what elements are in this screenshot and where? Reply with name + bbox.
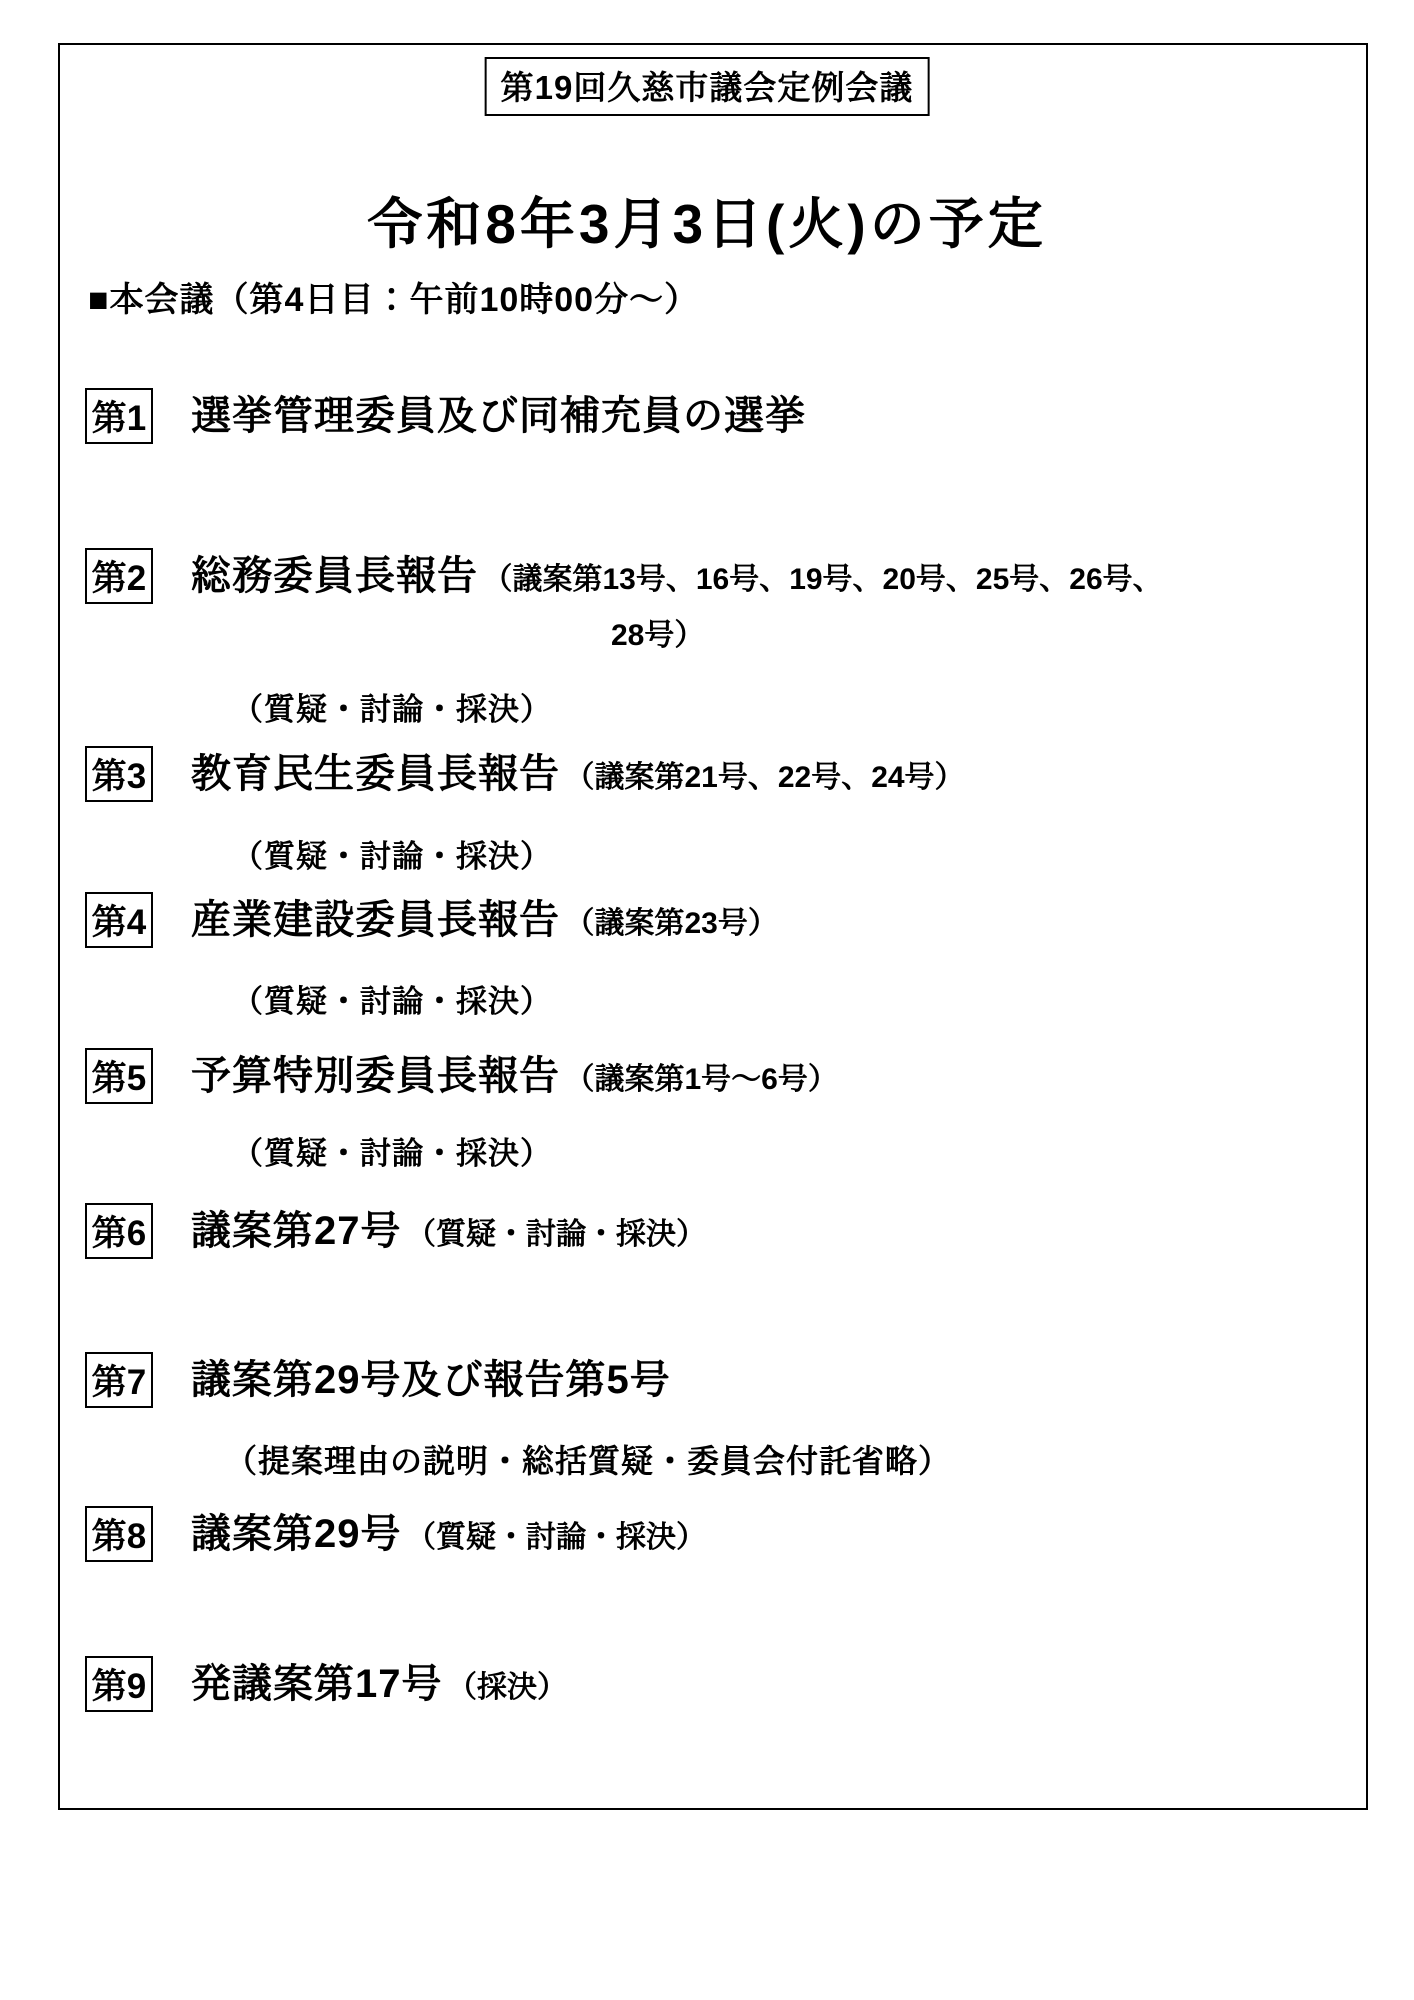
agenda-item-5: 第5 予算特別委員長報告 （議案第1号～6号） <box>85 1048 1371 1113</box>
agenda-item-5-number: 第5 <box>85 1048 153 1104</box>
agenda-item-4-note: （議案第23号） <box>564 907 777 940</box>
agenda-item-2-note: （議案第13号、16号、19号、20号、25号、26号、 <box>482 563 1162 596</box>
agenda-item-2-title: 総務委員長報告 <box>191 554 478 598</box>
agenda-item-3-procedure: （質疑・討論・採決） <box>232 831 552 876</box>
agenda-item-3-number: 第3 <box>85 746 153 802</box>
agenda-item-5-procedure: （質疑・討論・採決） <box>232 1128 552 1173</box>
agenda-item-9: 第9 発議案第17号 （採決） <box>85 1656 1371 1721</box>
agenda-item-7-procedure: （提案理由の説明・総括質疑・委員会付託省略） <box>225 1436 951 1482</box>
agenda-item-7-title: 議案第29号及び報告第5号 <box>191 1358 671 1402</box>
agenda-item-9-number: 第9 <box>85 1656 153 1712</box>
agenda-item-1-title: 選挙管理委員及び同補充員の選挙 <box>191 394 806 438</box>
agenda-item-6-title: 議案第27号 <box>191 1209 402 1253</box>
session-info: ■本会議（第4日目：午前10時00分～） <box>88 272 699 321</box>
agenda-item-2-procedure: （質疑・討論・採決） <box>232 684 552 729</box>
agenda-item-4: 第4 産業建設委員長報告 （議案第23号） <box>85 892 1371 957</box>
agenda-item-6: 第6 議案第27号 （質疑・討論・採決） <box>85 1203 1371 1268</box>
meeting-name-box: 第19回久慈市議会定例会議 <box>485 57 930 116</box>
agenda-item-8-title: 議案第29号 <box>191 1512 402 1556</box>
agenda-item-3-title: 教育民生委員長報告 <box>191 752 560 796</box>
agenda-item-6-number: 第6 <box>85 1203 153 1259</box>
agenda-item-8-note: （質疑・討論・採決） <box>406 1521 706 1554</box>
agenda-item-4-procedure: （質疑・討論・採決） <box>232 976 552 1021</box>
agenda-item-8-number: 第8 <box>85 1506 153 1562</box>
agenda-item-9-note: （採決） <box>447 1671 567 1704</box>
agenda-item-2-note-continued: 28号） <box>191 613 1371 659</box>
document-page: 第19回久慈市議会定例会議 令和8年3月3日(火)の予定 ■本会議（第4日目：午… <box>0 0 1414 2000</box>
agenda-item-8: 第8 議案第29号 （質疑・討論・採決） <box>85 1506 1371 1571</box>
page-title: 令和8年3月3日(火)の予定 <box>0 180 1414 259</box>
agenda-item-2-number: 第2 <box>85 548 153 604</box>
agenda-item-2: 第2 総務委員長報告 （議案第13号、16号、19号、20号、25号、26号、 … <box>85 548 1371 659</box>
agenda-item-7: 第7 議案第29号及び報告第5号 <box>85 1352 1371 1417</box>
agenda-item-5-note: （議案第1号～6号） <box>564 1063 837 1096</box>
agenda-item-1: 第1 選挙管理委員及び同補充員の選挙 <box>85 388 1371 453</box>
agenda-item-9-title: 発議案第17号 <box>191 1662 443 1706</box>
agenda-item-4-title: 産業建設委員長報告 <box>191 898 560 942</box>
agenda-item-3: 第3 教育民生委員長報告 （議案第21号、22号、24号） <box>85 746 1371 811</box>
agenda-item-3-note: （議案第21号、22号、24号） <box>564 761 964 794</box>
agenda-item-5-title: 予算特別委員長報告 <box>191 1054 560 1098</box>
agenda-item-7-number: 第7 <box>85 1352 153 1408</box>
agenda-item-4-number: 第4 <box>85 892 153 948</box>
meeting-name: 第19回久慈市議会定例会議 <box>501 69 914 106</box>
agenda-item-1-number: 第1 <box>85 388 153 444</box>
agenda-item-6-note: （質疑・討論・採決） <box>406 1218 706 1251</box>
